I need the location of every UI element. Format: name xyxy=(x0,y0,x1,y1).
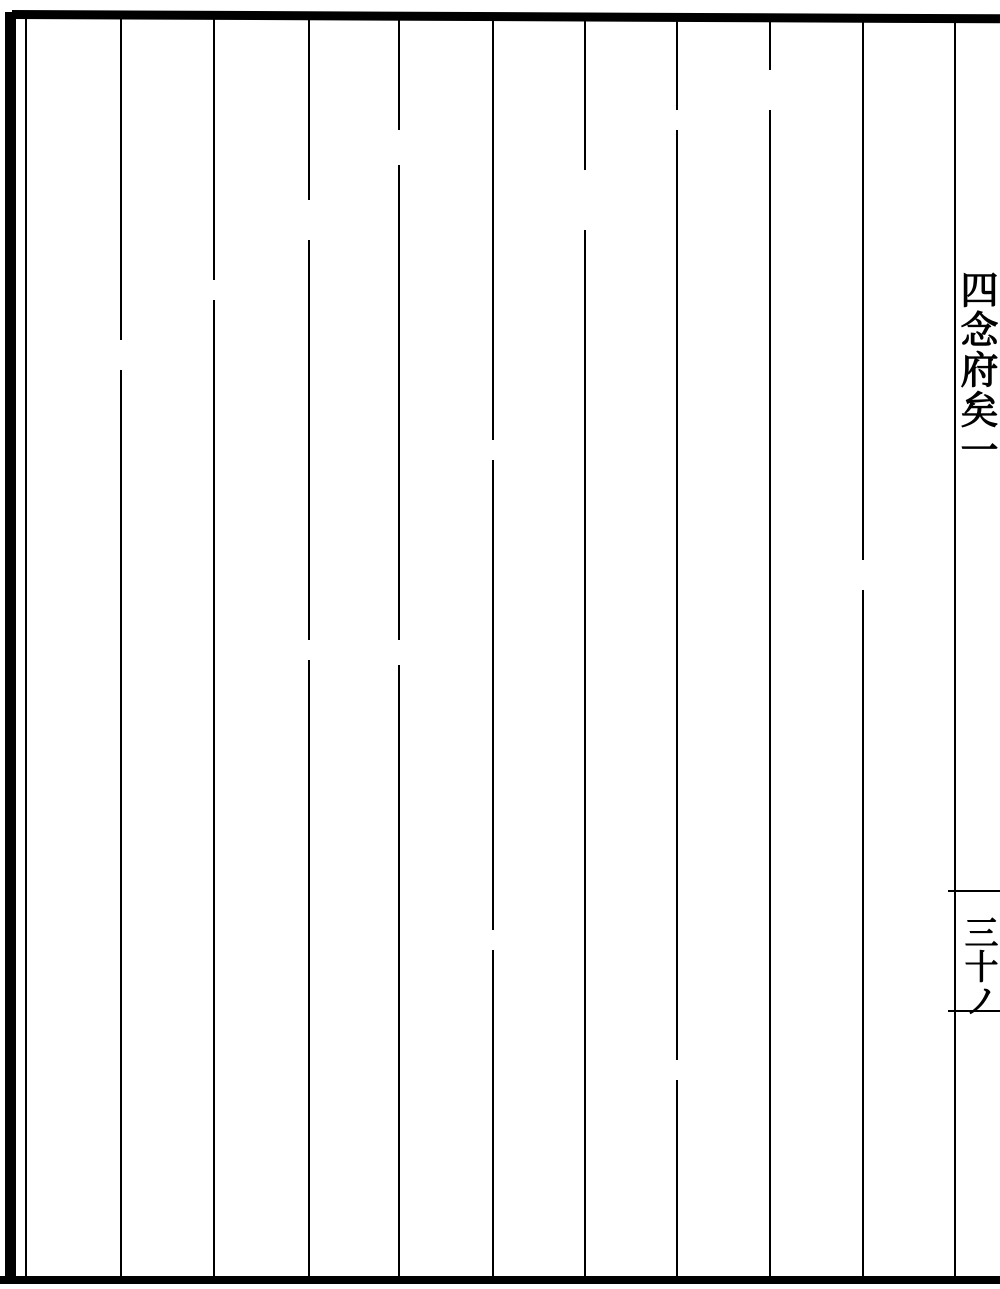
rule-gap xyxy=(767,70,773,110)
rule-gap xyxy=(860,560,866,590)
rule-gap xyxy=(396,640,402,665)
margin-page-number: 三十ノ xyxy=(960,915,1000,1017)
bottom-border xyxy=(0,1276,1000,1284)
rule-gap xyxy=(490,930,496,950)
margin-divider xyxy=(948,1010,1000,1012)
column-rule xyxy=(120,18,122,1278)
rule-gap xyxy=(674,110,680,130)
rule-gap xyxy=(211,280,217,300)
column-rule xyxy=(676,18,678,1278)
rule-gap xyxy=(306,640,312,660)
column-rule xyxy=(25,18,27,1278)
column-rule xyxy=(862,18,864,1278)
rule-gap xyxy=(490,440,496,460)
column-rule xyxy=(213,18,215,1278)
column-rule xyxy=(769,18,771,1278)
scanned-page: 四念府矣一 三十ノ xyxy=(0,0,1000,1289)
rule-gap xyxy=(118,340,124,370)
rule-gap xyxy=(674,1060,680,1080)
rule-gap xyxy=(306,200,312,240)
column-rule xyxy=(492,18,494,1278)
top-border xyxy=(12,10,1000,23)
margin-strip: 四念府矣一 三十ノ xyxy=(948,20,1000,1276)
margin-divider xyxy=(948,890,1000,892)
margin-title-fragment: 四念府矣一 xyxy=(960,270,1000,470)
rule-gap xyxy=(582,170,588,230)
left-border xyxy=(5,12,16,1284)
rule-gap xyxy=(396,130,402,165)
